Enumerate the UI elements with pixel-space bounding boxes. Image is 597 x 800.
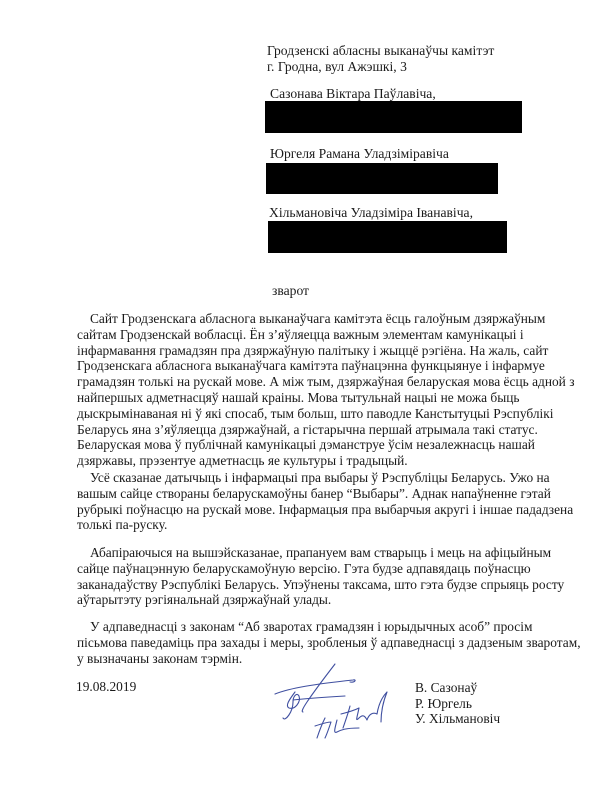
paragraph-line: У адпаведнасці з законам “Аб зваротах гр…: [77, 619, 557, 635]
paragraph-3: Абапіраючыся на вышэйсказанае, прапануем…: [77, 545, 557, 608]
paragraph-line: сайтам Гродзенскай вобласці. Ён з’яўляец…: [77, 327, 557, 343]
signatory-2: Р. Юргель: [415, 696, 472, 712]
paragraph-line: дыскрымінаваная ні ў які спосаб, тым бол…: [77, 406, 557, 422]
paragraph-line: аўтарытэту рэгіянальнай дзяржаўнай улады…: [77, 592, 557, 608]
recipient-name: Гродзенскі абласны выканаўчы камітэт: [267, 43, 494, 59]
handwritten-signatures: [255, 662, 415, 744]
paragraph-line: толькі па-руску.: [77, 517, 557, 533]
paragraph-line: Сайт Гродзенскага абласнога выканаўчага …: [77, 311, 557, 327]
paragraph-line: Беларусь яна з’яўляецца дзяржаўнай, а гі…: [77, 422, 557, 438]
document-title: зварот: [272, 283, 309, 299]
paragraph-line: інфармавання грамадзян пра дзяржаўную па…: [77, 343, 557, 359]
sender-name-2: Юргеля Рамана Уладзіміравіча: [270, 146, 449, 162]
paragraph-1: Сайт Гродзенскага абласнога выканаўчага …: [77, 311, 557, 469]
paragraph-line: рубрыкі поўнасцю на рускай мове. Інфарма…: [77, 502, 557, 518]
redacted-address-1: [265, 101, 522, 133]
paragraph-line: пісьмова паведаміць пра захады і меры, з…: [77, 635, 557, 651]
sender-name-1: Сазонава Віктара Паўлавіча,: [270, 86, 436, 102]
sender-name-3: Хільмановіча Уладзіміра Іванавіча,: [269, 205, 473, 221]
paragraph-4: У адпаведнасці з законам “Аб зваротах гр…: [77, 619, 557, 666]
paragraph-line: Гродзенскага абласнога выканаўчага каміт…: [77, 358, 557, 374]
redacted-address-2: [266, 163, 498, 194]
paragraph-line: Усё сказанае датычыць і інфармацыі пра в…: [77, 470, 557, 486]
paragraph-line: грамадзян толькі на рускай мове. А між т…: [77, 374, 557, 390]
paragraph-2: Усё сказанае датычыць і інфармацыі пра в…: [77, 470, 557, 533]
paragraph-line: найпершых адметнасцяў нашай краіны. Мова…: [77, 390, 557, 406]
signatory-1: В. Сазонаў: [415, 680, 477, 696]
document-date: 19.08.2019: [76, 679, 136, 695]
paragraph-line: сайце паўнацэнную беларускамоўную версію…: [77, 561, 557, 577]
paragraph-line: Беларуская мова ў публічнай камунікацыі …: [77, 437, 557, 453]
recipient-address: г. Гродна, вул Ажэшкі, 3: [267, 59, 407, 75]
paragraph-line: Абапіраючыся на вышэйсказанае, прапануем…: [77, 545, 557, 561]
redacted-address-3: [268, 221, 507, 253]
signatory-3: У. Хільмановіч: [415, 711, 500, 727]
paragraph-line: заканадаўству Рэспублікі Беларусь. Упэўн…: [77, 577, 557, 593]
paragraph-line: дзяржавы, прэзентуе адметнасць яе культу…: [77, 453, 557, 469]
paragraph-line: вашым сайце створаны беларускамоўны бане…: [77, 486, 557, 502]
